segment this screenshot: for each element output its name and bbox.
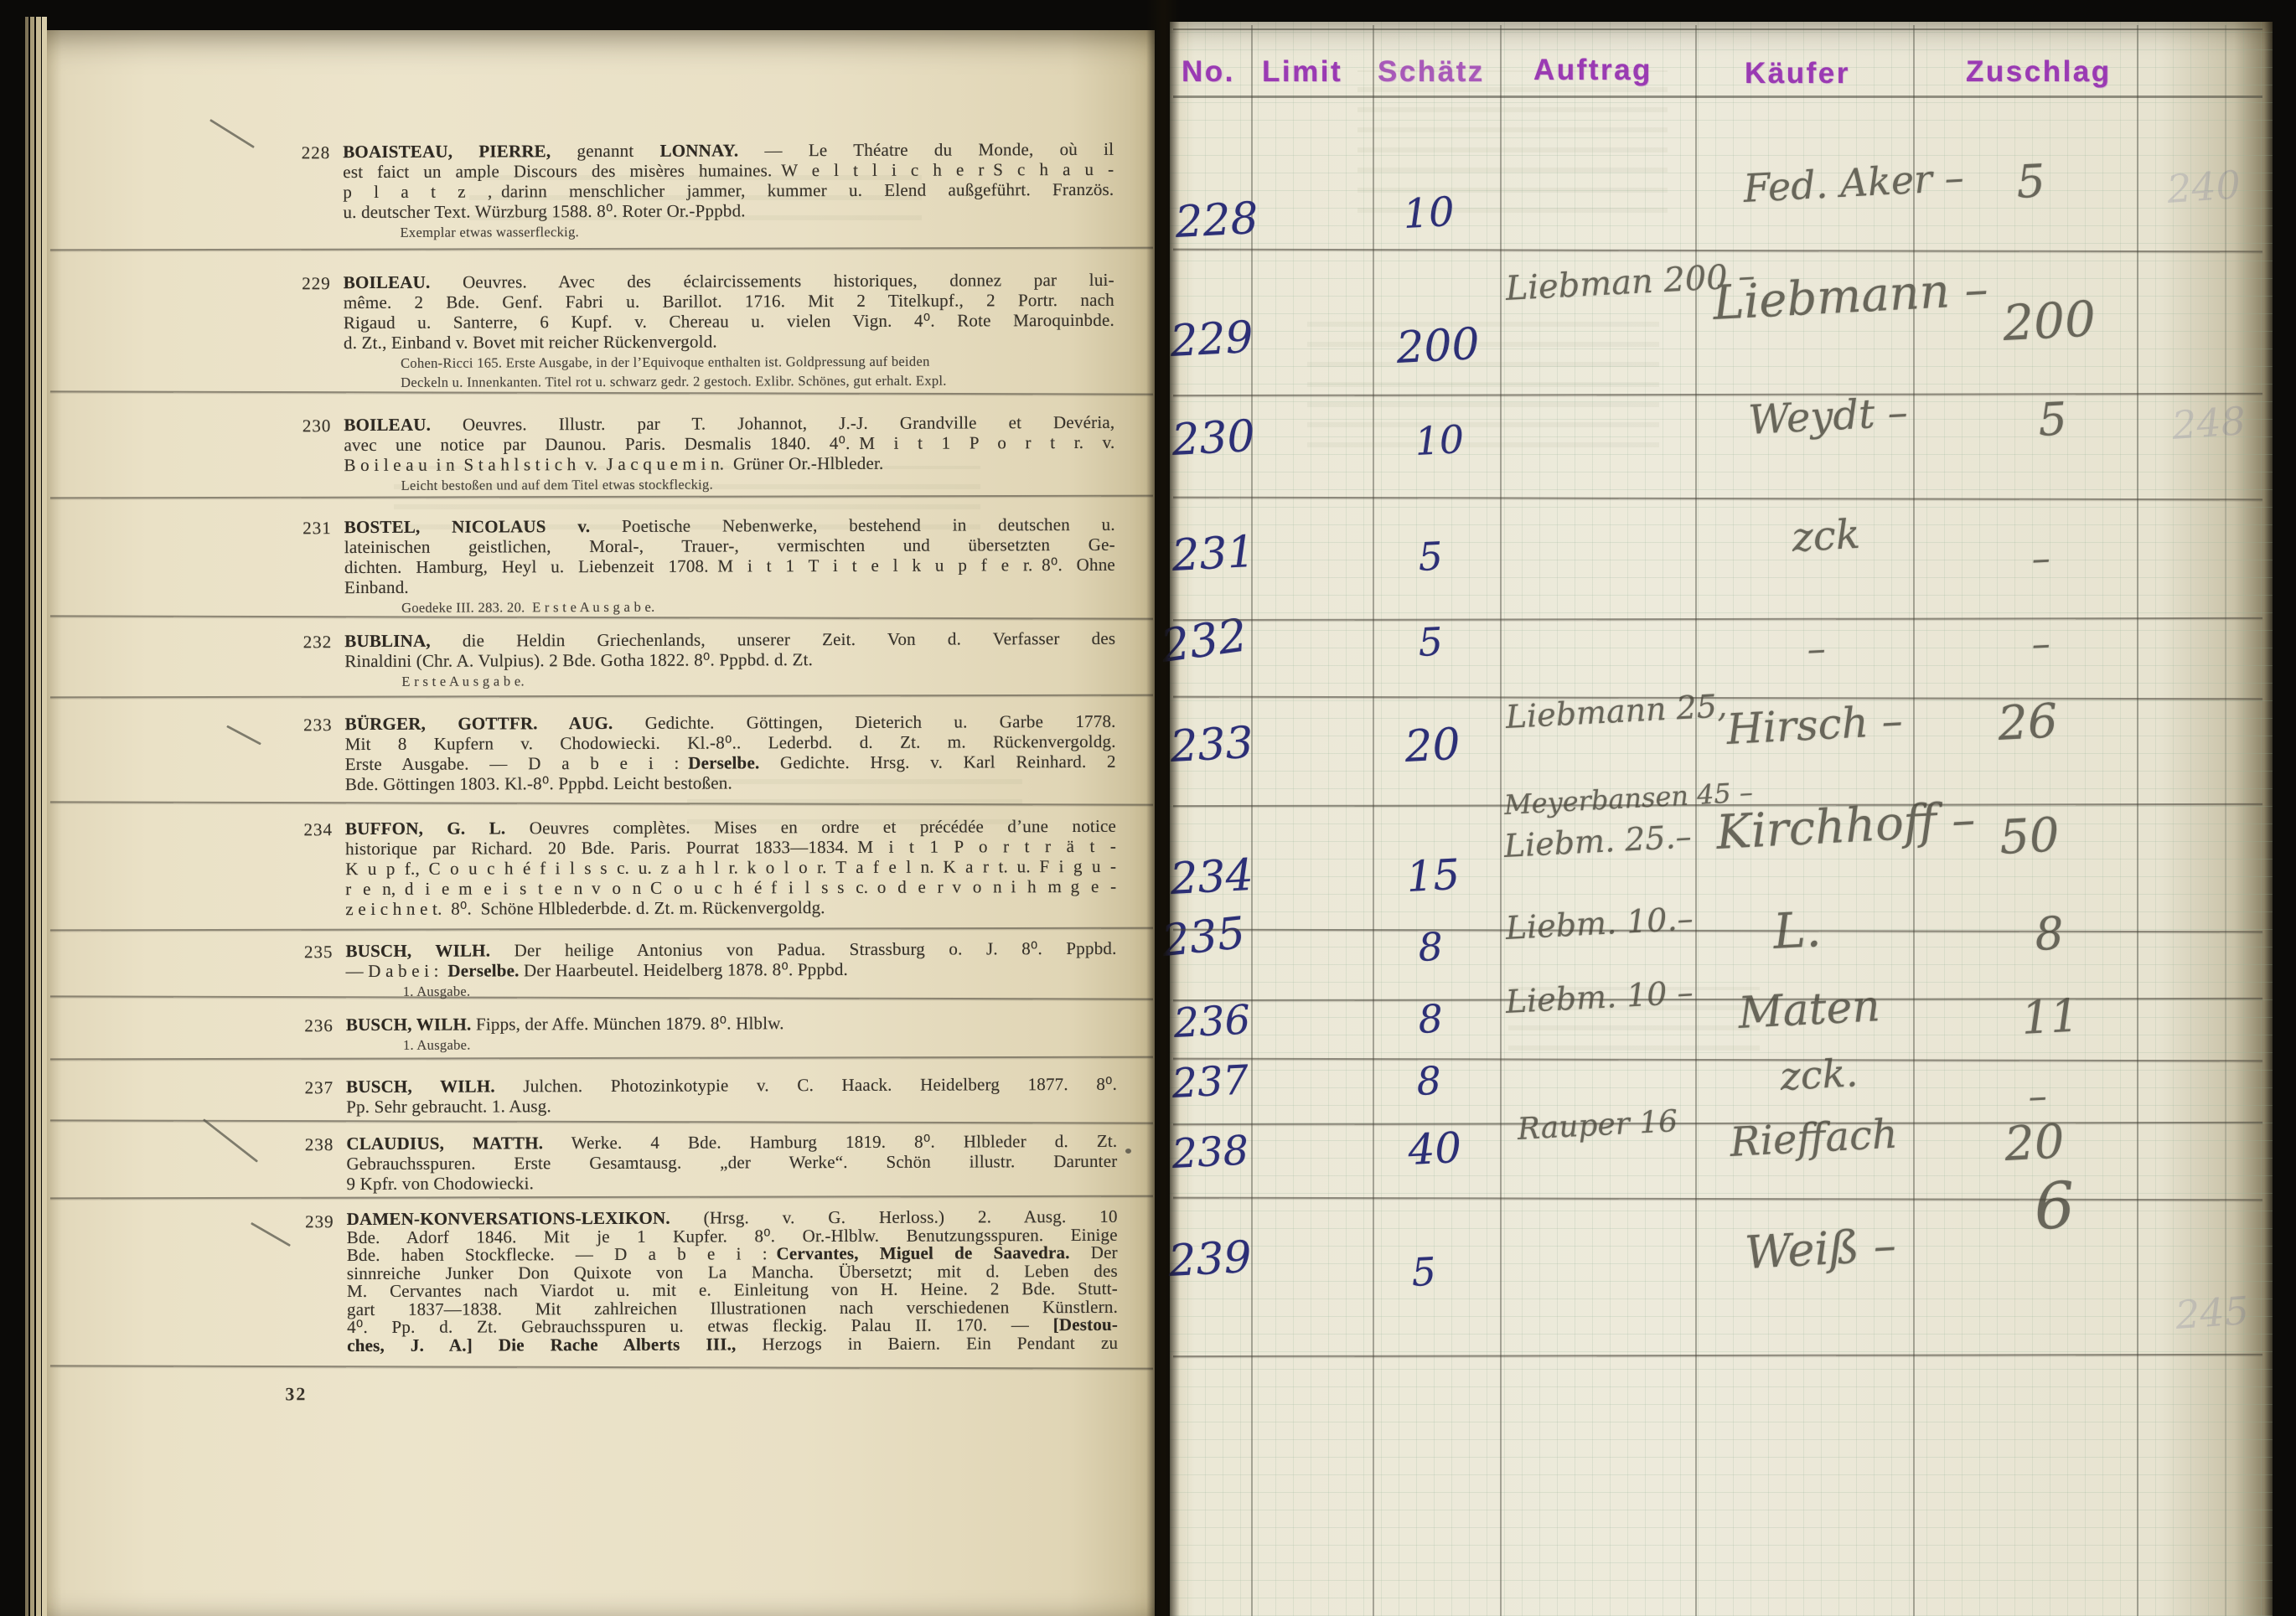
text-segment: Der Haarbeutel. Heidelberg 1878. 8⁰. Ppp… [520, 959, 848, 980]
ledger-cell-zuschlag: 200 [2001, 290, 2097, 352]
entry-text: DAMEN-KONVERSATIONS-LEXIKON. (Hrsg. v. G… [347, 1208, 1119, 1355]
text-segment: Der heilige Antonius von Padua. Strassbu… [490, 938, 1116, 961]
ledger-cell-no: 229 [1169, 312, 1254, 367]
entry-note: Exemplar etwas wasserfleckig. [401, 222, 1114, 241]
text-segment: Gebrauchsspuren. Erste Gesamtausg. „der … [346, 1151, 1117, 1174]
text-segment: Oeuvres. Avec des éclaircissements histo… [430, 270, 1114, 292]
lot-number: 228 [270, 142, 330, 163]
text-segment: z e i c h n e t. 8⁰. Schöne Hlblederbde.… [345, 897, 825, 919]
column-rule-faint [2225, 25, 2226, 1616]
ledger-cell-schaetz: 8 [1415, 1058, 1442, 1104]
ledger-cell-no: 231 [1171, 527, 1256, 581]
bleed-through-smudge [469, 172, 922, 220]
ledger-cell-no: 233 [1169, 718, 1254, 772]
text-segment: avec une notice par Daunou. Paris. Desma… [344, 432, 1114, 455]
entry-line: BUSCH, WILH. Fipps, der Affe. München 18… [346, 1012, 1117, 1035]
text-segment: Herzogs in Baiern. Ein Pendant zu [736, 1332, 1118, 1354]
entry-line: BOAISTEAU, PIERRE, genannt LONNAY. — Le … [343, 139, 1114, 162]
entry-text: BOILEAU. Oeuvres. Avec des éclaircisseme… [344, 270, 1114, 353]
ledger-header-limit: Limit [1262, 55, 1342, 89]
text-segment: — D a b e i : [346, 961, 448, 981]
entry-line: d. Zt., Einband v. Bovet mit reicher Rüc… [344, 330, 1114, 353]
text-segment: genannt [551, 141, 659, 161]
entry-text: BUFFON, G. L. Oeuvres complètes. Mises e… [345, 816, 1116, 919]
entry-line: BOILEAU. Oeuvres. Avec des éclaircisseme… [344, 270, 1114, 292]
ledger-cell-no: 236 [1172, 996, 1251, 1047]
entry-line: z e i c h n e t. 8⁰. Schöne Hlblederbde.… [345, 896, 1116, 919]
catalog-entry: 236BUSCH, WILH. Fipps, der Affe. München… [273, 1012, 1117, 1055]
entry-line: Rinaldini (Chr. A. Vulpius). 2 Bde. Goth… [344, 648, 1115, 671]
entry-line: CLAUDIUS, MATTH. Werke. 4 Bde. Hamburg 1… [346, 1131, 1117, 1154]
ledger-header-zuschlag: Zuschlag [1966, 55, 2112, 89]
lot-number: 239 [274, 1211, 334, 1232]
bleed-through-smudge [1307, 322, 1659, 447]
book-gutter-shadow [1146, 0, 1180, 1616]
ledger-cell-schaetz: 5 [1417, 534, 1444, 580]
text-segment: Rigaud u. Santerre, 6 Kupf. v. Chereau u… [344, 310, 1114, 333]
headword: BUBLINA, [344, 631, 431, 651]
text-segment: même. 2 Bde. Genf. Fabri u. Barillot. 17… [344, 290, 1114, 312]
catalog-entry: 238CLAUDIUS, MATTH. Werke. 4 Bde. Hambur… [273, 1131, 1117, 1195]
entry-line: BOILEAU. Oeuvres. Illustr. par T. Johann… [344, 412, 1114, 435]
text-segment: Gedichte. Göttingen, Dieterich u. Garbe … [613, 711, 1115, 733]
ledger-cell-schaetz: 15 [1405, 850, 1461, 901]
ledger-cell-zuschlag: 50 [1999, 808, 2061, 865]
headword: CLAUDIUS, MATTH. [346, 1133, 543, 1154]
text-segment: die Heldin Griechenlands, unserer Zeit. … [431, 628, 1116, 651]
lot-number: 236 [273, 1015, 334, 1036]
entry-line: — D a b e i : Derselbe. Der Haarbeutel. … [346, 958, 1117, 981]
ledger-cell-kaeufer: zck. [1779, 1050, 1859, 1099]
bleed-through-number: 248 [2170, 398, 2247, 448]
ledger-cell-schaetz: 5 [1417, 619, 1444, 665]
ledger-cell-zuschlag: 26 [1997, 694, 2060, 751]
text-segment: Gedichte. Hrsg. v. Karl Reinhard. 2 [759, 751, 1115, 772]
lot-number: 229 [271, 273, 331, 294]
bleed-through-smudge [394, 466, 980, 529]
text-segment: Erste Ausgabe. — D a b e i : [345, 753, 689, 774]
catalog-entry: 232BUBLINA, die Heldin Griechenlands, un… [271, 628, 1115, 691]
ledger-header-kaeufer: Käufer [1745, 57, 1850, 90]
lot-number: 230 [271, 416, 331, 436]
book-scan: 228BOAISTEAU, PIERRE, genannt LONNAY. — … [0, 0, 2296, 1616]
text-segment: Werke. 4 Bde. Hamburg 1819. 8⁰. Hlbleder… [543, 1131, 1117, 1153]
bleed-through-smudge [687, 777, 1022, 824]
bleed-through-number: 245 [2174, 1288, 2250, 1338]
ledger-cell-no: 238 [1171, 1127, 1249, 1178]
headword: BOILEAU. [344, 272, 431, 292]
ledger-cell-no: 237 [1171, 1056, 1249, 1107]
headword: BOILEAU. [344, 415, 431, 435]
bleed-through-smudge [1357, 70, 1668, 213]
text-segment [473, 1335, 499, 1355]
entry-line: avec une notice par Daunou. Paris. Desma… [344, 432, 1114, 455]
text-segment: dichten. Hamburg, Heyl u. Liebenzeit 170… [344, 555, 1115, 577]
lot-number: 232 [271, 632, 332, 653]
lot-number: 235 [272, 942, 333, 963]
entry-note: 1. Ausgabe. [403, 1035, 1117, 1054]
ledger-cell-zuschlag: – [2030, 537, 2051, 581]
catalog-entry: 234BUFFON, G. L. Oeuvres complètes. Mise… [272, 816, 1116, 920]
entry-line: même. 2 Bde. Genf. Fabri u. Barillot. 17… [344, 290, 1114, 312]
ledger-cell-schaetz: 20 [1404, 720, 1461, 772]
ledger-cell-no: 230 [1171, 411, 1256, 466]
catalog-entry: 231BOSTEL, NICOLAUS v. Poetische Nebenwe… [271, 514, 1115, 617]
text-segment: lateinischen geistlichen, Moral-, Trauer… [344, 534, 1115, 557]
entry-note: Cohen-Ricci 165. Erste Ausgabe, in der l… [401, 353, 1114, 372]
text-segment: Rinaldini (Chr. A. Vulpius). 2 Bde. Goth… [344, 649, 813, 671]
lot-number: 233 [272, 715, 333, 736]
column-rule [2137, 25, 2138, 1616]
entry-line: Mit 8 Kupfern v. Chodowiecki. Kl.-8⁰.. L… [345, 731, 1116, 754]
entry-line: lateinischen geistlichen, Moral-, Trauer… [344, 534, 1115, 557]
text-segment: 9 Kpfr. von Chodowiecki. [346, 1173, 534, 1194]
entry-line: historique par Richard. 20 Bde. Paris. P… [345, 836, 1116, 859]
ledger-cell-kaeufer: Weydt – [1747, 389, 1909, 444]
ledger-cell-no: 228 [1174, 194, 1259, 248]
text-segment: Mit 8 Kupfern v. Chodowiecki. Kl.-8⁰.. L… [345, 731, 1116, 754]
entry-line: BÜRGER, GOTTFR. AUG. Gedichte. Göttingen… [345, 711, 1116, 734]
entry-line: BUSCH, WILH. Julchen. Photozinkotypie v.… [346, 1074, 1117, 1097]
entry-text: BUSCH, WILH. Julchen. Photozinkotypie v.… [346, 1074, 1117, 1117]
ledger-cell-kaeufer: – [1806, 627, 1827, 671]
entry-line: BUBLINA, die Heldin Griechenlands, unser… [344, 628, 1115, 651]
headword: BUSCH, WILH. [346, 1015, 472, 1035]
headword: Derselbe. [688, 752, 759, 772]
text-segment: — Le Théatre du Monde, où il [738, 139, 1114, 161]
lot-number: 231 [271, 518, 332, 539]
text-segment: Pp. Sehr gebraucht. 1. Ausg. [346, 1096, 551, 1117]
entry-text: BUBLINA, die Heldin Griechenlands, unser… [344, 628, 1115, 671]
ledger-cell-schaetz: 8 [1417, 996, 1444, 1042]
entry-line: BUSCH, WILH. Der heilige Antonius von Pa… [345, 938, 1116, 961]
page-number: 32 [285, 1383, 307, 1405]
entry-line: dichten. Hamburg, Heyl u. Liebenzeit 170… [344, 555, 1115, 577]
pencil-dot [1125, 1149, 1131, 1154]
headword: LONNAY. [660, 140, 739, 160]
headword: BUSCH, WILH. [345, 940, 490, 961]
entry-note: E r s t e A u s g a b e. [401, 671, 1115, 690]
ledger-cell-kaeufer: zck [1791, 511, 1861, 561]
text-segment: r e n, d i e m e i s t e n v o n C o u c… [345, 876, 1116, 899]
entry-text: BUSCH, WILH. Fipps, der Affe. München 18… [346, 1012, 1117, 1035]
entry-text: CLAUDIUS, MATTH. Werke. 4 Bde. Hamburg 1… [346, 1131, 1117, 1194]
headword: Derselbe. [447, 960, 519, 980]
ledger-cell-schaetz: 5 [1410, 1249, 1437, 1295]
headword: BUSCH, WILH. [346, 1076, 495, 1097]
column-rule [1373, 25, 1374, 1616]
entry-line: 9 Kpfr. von Chodowiecki. [346, 1171, 1117, 1194]
text-segment: Einband. [344, 577, 409, 597]
text-segment: Bde. Göttingen 1803. Kl.-8⁰. Pppbd. Leic… [345, 772, 732, 794]
entry-line: K u p f., C o u c h é f i l s s c. u. z … [345, 856, 1116, 879]
entry-note: Deckeln u. Innenkanten. Titel rot u. sch… [401, 372, 1114, 391]
headword: BUFFON, G. L. [345, 818, 505, 839]
entry-note: Goedeke III. 283. 20. E r s t e A u s g … [401, 597, 1115, 617]
entry-line: Erste Ausgabe. — D a b e i : Derselbe. G… [345, 751, 1116, 774]
ledger-cell-kaeufer: Hirsch – [1725, 696, 1904, 754]
lot-number: 237 [273, 1077, 334, 1098]
entry-line: ches, J. A.] Die Rache Alberts III., Her… [347, 1334, 1118, 1355]
text-segment: K u p f., C o u c h é f i l s s c. u. z … [345, 856, 1116, 879]
ledger-cell-zuschlag: 5 [2037, 392, 2069, 447]
headword: Die Rache Alberts III., [499, 1334, 737, 1355]
ledger-cell-no: 234 [1169, 850, 1254, 905]
bleed-through-smudge [1508, 987, 1760, 1051]
entry-line: Gebrauchsspuren. Erste Gesamtausg. „der … [346, 1151, 1117, 1174]
ledger-cell-kaeufer: Weiß – [1744, 1219, 1898, 1279]
text-segment: Fipps, der Affe. München 1879. 8⁰. Hlblw… [471, 1013, 783, 1034]
ledger-cell-schaetz: 40 [1407, 1123, 1463, 1175]
catalog-entry: 229BOILEAU. Oeuvres. Avec des éclairciss… [271, 270, 1114, 392]
headword: BÜRGER, GOTTFR. AUG. [345, 713, 613, 734]
catalog-entry: 239DAMEN-KONVERSATIONS-LEXIKON. (Hrsg. v… [274, 1208, 1119, 1355]
ledger-header-no: No. [1182, 55, 1235, 89]
ledger-cell-zuschlag: 5 [2015, 154, 2047, 209]
ledger-cell-zuschlag: 8 [2034, 906, 2066, 961]
text-segment: d. Zt., Einband v. Bovet mit reicher Rüc… [344, 332, 717, 354]
ledger-cell-zuschlag: – [2027, 1075, 2048, 1118]
entry-line: Einband. [344, 575, 1115, 597]
column-rule [1251, 25, 1253, 1616]
header-top-rule [1173, 28, 2262, 30]
ledger-cell-no: 239 [1167, 1232, 1253, 1287]
bleed-through-number: 240 [2165, 162, 2242, 212]
ledger-cell-kaeufer: Rieffach [1729, 1111, 1899, 1166]
header-bottom-rule [1173, 96, 2262, 98]
headword: ches, J. A.] [347, 1335, 473, 1355]
lot-number: 234 [272, 819, 333, 840]
column-rule [1500, 25, 1502, 1616]
text-segment: Oeuvres. Illustr. par T. Johannot, J.-J.… [431, 412, 1114, 435]
entry-line: Pp. Sehr gebraucht. 1. Ausg. [346, 1094, 1117, 1117]
catalog-entry: 235BUSCH, WILH. Der heilige Antonius von… [272, 938, 1116, 1001]
entry-line: Rigaud u. Santerre, 6 Kupf. v. Chereau u… [344, 310, 1114, 333]
ledger-cell-zuschlag: – [2030, 622, 2051, 666]
lot-number: 238 [273, 1134, 334, 1155]
text-segment: historique par Richard. 20 Bde. Paris. P… [345, 836, 1116, 859]
catalog-entry: 237BUSCH, WILH. Julchen. Photozinkotypie… [273, 1074, 1117, 1118]
text-segment: Julchen. Photozinkotypie v. C. Haack. He… [495, 1074, 1117, 1097]
ledger-cell-zuschlag: 6 [2032, 1168, 2076, 1244]
entry-line: r e n, d i e m e i s t e n v o n C o u c… [345, 876, 1116, 899]
entry-text: BUSCH, WILH. Der heilige Antonius von Pa… [345, 938, 1116, 981]
headword: BOAISTEAU, PIERRE, [343, 141, 551, 162]
